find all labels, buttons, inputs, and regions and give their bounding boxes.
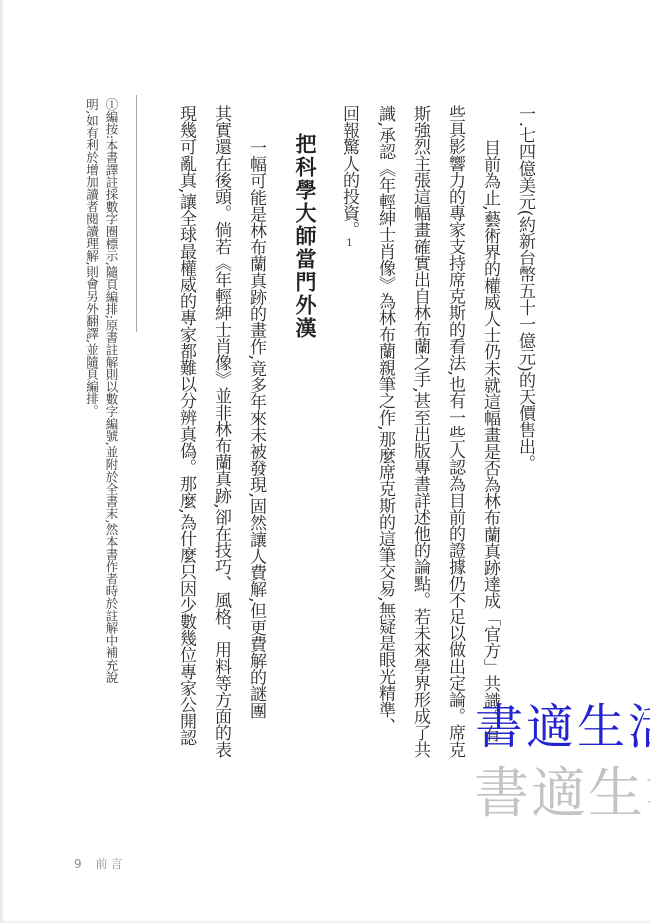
- text-column-1: 一.七四億美元(約新台幣五十一億元)的天價售出。: [507, 105, 542, 785]
- text-column-6-text: 回報驚人的投資。: [339, 105, 359, 238]
- footnote-column-1: ①編按:本書譯註採數字圈標示,隨頁編排;原書註解則以數字編號,並附於全書末,然本…: [102, 98, 122, 788]
- text-column-8: 其實還在後頭。倘若《年輕紳士肖像》並非林布蘭真跡,卻在技巧、風格、用料等方面的表: [203, 105, 238, 785]
- text-column-5: 識,承認《年輕紳士肖像》為林布蘭親筆之作,那麼席克斯的這筆交易,無疑是眼光精準、: [367, 105, 402, 785]
- footnote-separator-rule: [136, 95, 137, 332]
- page-footer: 9前言: [74, 855, 126, 872]
- footnote-reference-mark: 1: [344, 238, 355, 249]
- page-number: 9: [74, 857, 82, 871]
- scan-left-edge: [0, 0, 4, 923]
- footnote-block: ①編按:本書譯註採數字圈標示,隨頁編排;原書註解則以數字編號,並附於全書末,然本…: [82, 98, 121, 788]
- text-column-7: 一幅可能是林布蘭真跡的畫作,竟多年來未被發現,固然讓人費解,但更費解的謎團: [238, 105, 273, 819]
- text-column-4: 斯強烈主張這幅畫確實出自林布蘭之手,甚至出版專書詳述他的論點。若未來學界形成了共: [402, 105, 437, 785]
- text-column-6: 回報驚人的投資。1: [331, 105, 367, 785]
- footnote-column-2: 明,如有利於增加讀者閱讀理解,則會另外翻譯,並隨頁編排。: [82, 98, 102, 788]
- chapter-title: 前言: [96, 857, 126, 871]
- text-column-9: 現幾可亂真,讓全球最權威的專家都難以分辨真偽。那麼,為什麼只因少數幾位專家公開認: [168, 105, 203, 785]
- text-column-3: 些具影響力的專家支持席克斯的看法,也有一些人認為目前的證據仍不足以做出定論。席克: [437, 105, 472, 785]
- text-column-2: 目前為止,藝術界的權威人士仍未就這幅畫是否為林布蘭真跡達成「官方」共識。有: [472, 105, 507, 819]
- main-text-block: 一.七四億美元(約新台幣五十一億元)的天價售出。 目前為止,藝術界的權威人士仍未…: [168, 105, 542, 785]
- section-heading: 把科學大師當門外漢: [285, 105, 325, 813]
- book-page: { "page": { "footer": { "page_number": "…: [0, 0, 650, 923]
